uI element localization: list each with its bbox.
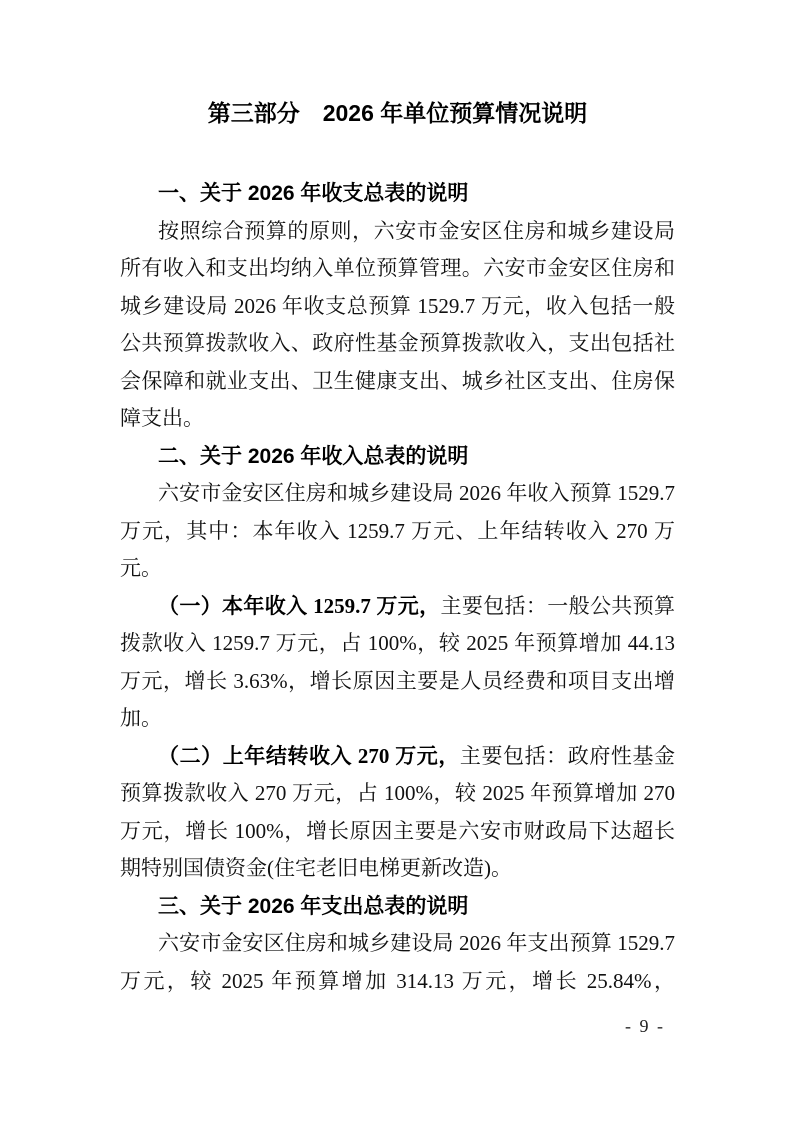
paragraph-text: 六安市金安区住房和城乡建设局 2026 年支出预算 1529.7 万元，较 20… — [120, 931, 675, 993]
paragraph-text: 按照综合预算的原则，六安市金安区住房和城乡建设局所有收入和支出均纳入单位预算管理… — [120, 219, 675, 431]
paragraph-text: 六安市金安区住房和城乡建设局 2026 年收入预算 1529.7 万元，其中：本… — [120, 481, 675, 580]
section-heading-2: 二、关于 2026 年收入总表的说明 — [120, 438, 675, 476]
doc-title: 第三部分 2026 年单位预算情况说明 — [120, 94, 675, 132]
section-heading-1: 一、关于 2026 年收支总表的说明 — [120, 175, 675, 213]
paragraph: 按照综合预算的原则，六安市金安区住房和城乡建设局所有收入和支出均纳入单位预算管理… — [120, 213, 675, 438]
paragraph: 六安市金安区住房和城乡建设局 2026 年收入预算 1529.7 万元，其中：本… — [120, 475, 675, 588]
paragraph-bold-lead: （一）本年收入 1259.7 万元， — [158, 594, 440, 618]
document-page: 第三部分 2026 年单位预算情况说明 一、关于 2026 年收支总表的说明 按… — [0, 0, 793, 1122]
paragraph-bold-lead: （二）上年结转收入 270 万元， — [158, 744, 460, 768]
paragraph: （一）本年收入 1259.7 万元，主要包括：一般公共预算拨款收入 1259.7… — [120, 588, 675, 738]
page-number: - 9 - — [625, 1014, 665, 1038]
paragraph: 六安市金安区住房和城乡建设局 2026 年支出预算 1529.7 万元，较 20… — [120, 925, 675, 1000]
paragraph: （二）上年结转收入 270 万元，主要包括：政府性基金预算拨款收入 270 万元… — [120, 738, 675, 888]
section-heading-3: 三、关于 2026 年支出总表的说明 — [120, 888, 675, 926]
